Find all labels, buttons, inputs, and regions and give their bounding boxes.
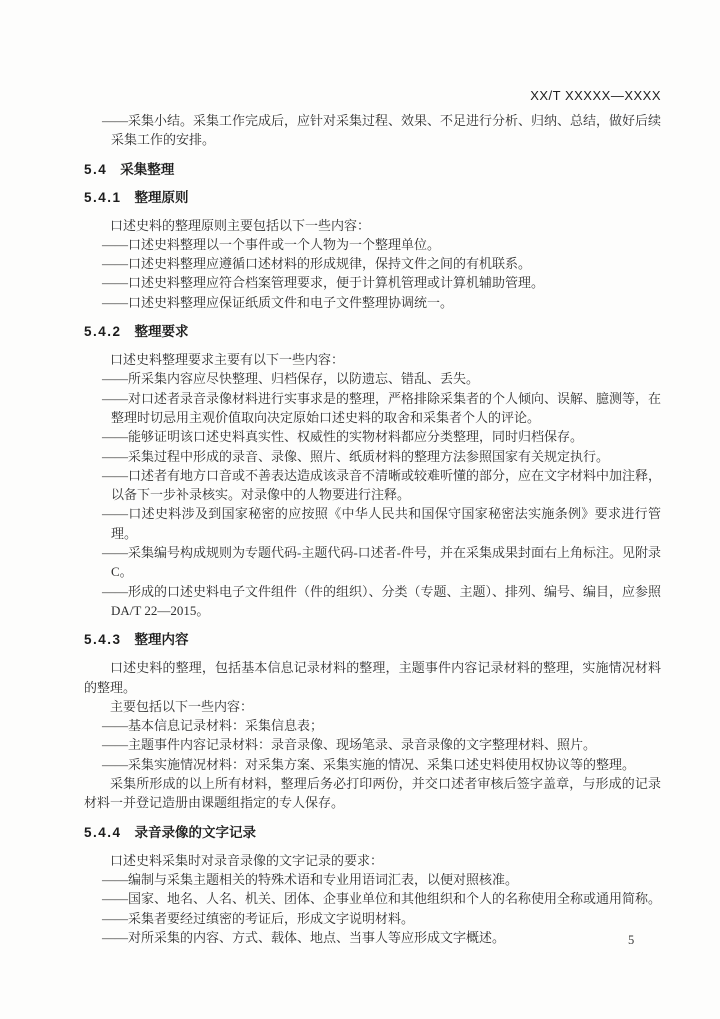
list-item-text: 采集过程中形成的录音、录像、照片、纸质材料的整理方法参照国家有关规定执行。: [128, 449, 609, 464]
list-item-text: 口述史料整理以一个事件或一个人物为一个整理单位。: [128, 237, 440, 252]
dash-marker: ——: [102, 113, 128, 128]
list-item-text: 编制与采集主题相关的特殊术语和专业用语词汇表，以便对照核准。: [128, 872, 518, 887]
paragraph: 采集所形成的以上所有材料，整理后务必打印两份，并交口述者审核后签字盖章，与形成的…: [84, 774, 661, 813]
list-item: ——采集编号构成规则为专题代码-主题代码-口述者-件号，并在采集成果封面右上角标…: [84, 543, 661, 582]
dash-list: ——编制与采集主题相关的特殊术语和专业用语词汇表，以便对照核准。——国家、地名、…: [84, 870, 661, 947]
dash-marker: ——: [102, 256, 128, 271]
dash-list: ——口述史料整理以一个事件或一个人物为一个整理单位。——口述史料整理应遵循口述材…: [84, 235, 661, 312]
list-item-text: 口述史料整理应遵循口述材料的形成规律，保持文件之间的有机联系。: [128, 256, 531, 271]
list-item: ——国家、地名、人名、机关、团体、企事业单位和其他组织和个人的名称使用全称或通用…: [84, 889, 661, 908]
list-item-text: 采集小结。采集工作完成后，应针对采集过程、效果、不足进行分析、归纳、总结，做好后…: [111, 113, 661, 147]
section-number: 5.4.1: [84, 190, 122, 205]
list-item-text: 采集编号构成规则为专题代码-主题代码-口述者-件号，并在采集成果封面右上角标注。…: [111, 545, 661, 579]
dash-marker: ——: [102, 449, 128, 464]
dash-marker: ——: [102, 718, 128, 733]
list-item: ——采集过程中形成的录音、录像、照片、纸质材料的整理方法参照国家有关规定执行。: [84, 447, 661, 466]
dash-marker: ——: [102, 295, 128, 310]
document-body: ——采集小结。采集工作完成后，应针对采集过程、效果、不足进行分析、归纳、总结，做…: [84, 111, 661, 947]
list-item: ——口述史料整理应符合档案管理要求，便于计算机管理或计算机辅助管理。: [84, 273, 661, 292]
dash-marker: ——: [102, 872, 128, 887]
list-item: ——采集小结。采集工作完成后，应针对采集过程、效果、不足进行分析、归纳、总结，做…: [84, 111, 661, 150]
section-heading: 5.4.4录音录像的文字记录: [84, 824, 661, 841]
paragraph: 口述史料整理要求主要有以下一些内容：: [84, 350, 661, 369]
list-item-text: 采集实施情况材料：对采集方案、采集实施的情况、采集口述史料使用权协议等的整理。: [128, 757, 635, 772]
page-number: 5: [628, 933, 634, 948]
list-item-text: 对所采集的内容、方式、载体、地点、当事人等应形成文字概述。: [128, 930, 505, 945]
paragraph: 主要包括以下一些内容：: [84, 697, 661, 716]
list-item-text: 基本信息记录材料：采集信息表；: [128, 718, 323, 733]
page-header: XX/T XXXXX—XXXX: [84, 88, 661, 103]
dash-marker: ——: [102, 429, 128, 444]
list-item: ——对所采集的内容、方式、载体、地点、当事人等应形成文字概述。: [84, 928, 661, 947]
dash-marker: ——: [102, 275, 128, 290]
standard-number: XX/T XXXXX—XXXX: [530, 88, 661, 103]
list-item: ——口述史料整理应遵循口述材料的形成规律，保持文件之间的有机联系。: [84, 254, 661, 273]
section-heading: 5.4.2整理要求: [84, 323, 661, 340]
section-title: 整理原则: [135, 190, 189, 205]
list-item: ——口述史料整理应保证纸质文件和电子文件整理协调统一。: [84, 293, 661, 312]
list-item-text: 口述史料整理应保证纸质文件和电子文件整理协调统一。: [128, 295, 453, 310]
list-item-text: 采集者要经过缜密的考证后，形成文字说明材料。: [128, 911, 414, 926]
list-item-text: 口述者有地方口音或不善表达造成该录音不清晰或较难听懂的部分，应在文字材料中加注释…: [111, 468, 661, 502]
document-page: XX/T XXXXX—XXXX ——采集小结。采集工作完成后，应针对采集过程、效…: [0, 0, 720, 1019]
section-heading: 5.4.1整理原则: [84, 189, 661, 206]
list-item: ——口述史料整理以一个事件或一个人物为一个整理单位。: [84, 235, 661, 254]
list-item-text: 国家、地名、人名、机关、团体、企事业单位和其他组织和个人的名称使用全称或通用简称…: [128, 891, 661, 906]
paragraph: 口述史料的整理原则主要包括以下一些内容：: [84, 216, 661, 235]
section-title: 采集整理: [120, 162, 174, 177]
dash-list: ——采集小结。采集工作完成后，应针对采集过程、效果、不足进行分析、归纳、总结，做…: [84, 111, 661, 150]
list-item-text: 口述史料涉及到国家秘密的应按照《中华人民共和国保守国家秘密法实施条例》要求进行管…: [111, 506, 661, 540]
list-item: ——主题事件内容记录材料：录音录像、现场笔录、录音录像的文字整理材料、照片。: [84, 735, 661, 754]
section-heading: 5.4采集整理: [84, 161, 661, 178]
dash-marker: ——: [102, 371, 128, 386]
dash-marker: ——: [102, 545, 128, 560]
dash-marker: ——: [102, 891, 128, 906]
section-title: 整理要求: [135, 324, 189, 339]
section-title: 录音录像的文字记录: [135, 825, 257, 840]
list-item: ——采集者要经过缜密的考证后，形成文字说明材料。: [84, 909, 661, 928]
section-number: 5.4.2: [84, 324, 122, 339]
list-item: ——口述史料涉及到国家秘密的应按照《中华人民共和国保守国家秘密法实施条例》要求进…: [84, 504, 661, 543]
section-heading: 5.4.3整理内容: [84, 631, 661, 648]
dash-marker: ——: [102, 506, 128, 521]
paragraph: 口述史料采集时对录音录像的文字记录的要求：: [84, 851, 661, 870]
list-item-text: 对口述者录音录像材料进行实事求是的整理，严格排除采集者的个人倾向、误解、臆测等，…: [111, 391, 661, 425]
list-item: ——形成的口述史料电子文件组件（件的组织）、分类（专题、主题）、排列、编号、编目…: [84, 582, 661, 621]
dash-marker: ——: [102, 911, 128, 926]
list-item-text: 主题事件内容记录材料：录音录像、现场笔录、录音录像的文字整理材料、照片。: [128, 737, 596, 752]
list-item: ——所采集内容应尽快整理、归档保存，以防遗忘、错乱、丢失。: [84, 369, 661, 388]
list-item: ——采集实施情况材料：对采集方案、采集实施的情况、采集口述史料使用权协议等的整理…: [84, 755, 661, 774]
list-item: ——基本信息记录材料：采集信息表；: [84, 716, 661, 735]
section-title: 整理内容: [135, 632, 189, 647]
section-number: 5.4.4: [84, 825, 122, 840]
dash-marker: ——: [102, 237, 128, 252]
section-number: 5.4: [84, 162, 107, 177]
list-item-text: 口述史料整理应符合档案管理要求，便于计算机管理或计算机辅助管理。: [128, 275, 544, 290]
list-item-text: 形成的口述史料电子文件组件（件的组织）、分类（专题、主题）、排列、编号、编目，应…: [111, 584, 661, 618]
dash-list: ——所采集内容应尽快整理、归档保存，以防遗忘、错乱、丢失。——对口述者录音录像材…: [84, 369, 661, 620]
list-item-text: 能够证明该口述史料真实性、权威性的实物材料都应分类整理，同时归档保存。: [128, 429, 583, 444]
dash-marker: ——: [102, 737, 128, 752]
list-item: ——口述者有地方口音或不善表达造成该录音不清晰或较难听懂的部分，应在文字材料中加…: [84, 466, 661, 505]
list-item: ——对口述者录音录像材料进行实事求是的整理，严格排除采集者的个人倾向、误解、臆测…: [84, 389, 661, 428]
dash-marker: ——: [102, 468, 128, 483]
dash-marker: ——: [102, 757, 128, 772]
dash-marker: ——: [102, 930, 128, 945]
dash-marker: ——: [102, 584, 128, 599]
list-item: ——能够证明该口述史料真实性、权威性的实物材料都应分类整理，同时归档保存。: [84, 427, 661, 446]
list-item-text: 所采集内容应尽快整理、归档保存，以防遗忘、错乱、丢失。: [128, 371, 479, 386]
dash-marker: ——: [102, 391, 128, 406]
paragraph: 口述史料的整理，包括基本信息记录材料的整理，主题事件内容记录材料的整理，实施情况…: [84, 658, 661, 697]
list-item: ——编制与采集主题相关的特殊术语和专业用语词汇表，以便对照核准。: [84, 870, 661, 889]
section-number: 5.4.3: [84, 632, 122, 647]
dash-list: ——基本信息记录材料：采集信息表；——主题事件内容记录材料：录音录像、现场笔录、…: [84, 716, 661, 774]
